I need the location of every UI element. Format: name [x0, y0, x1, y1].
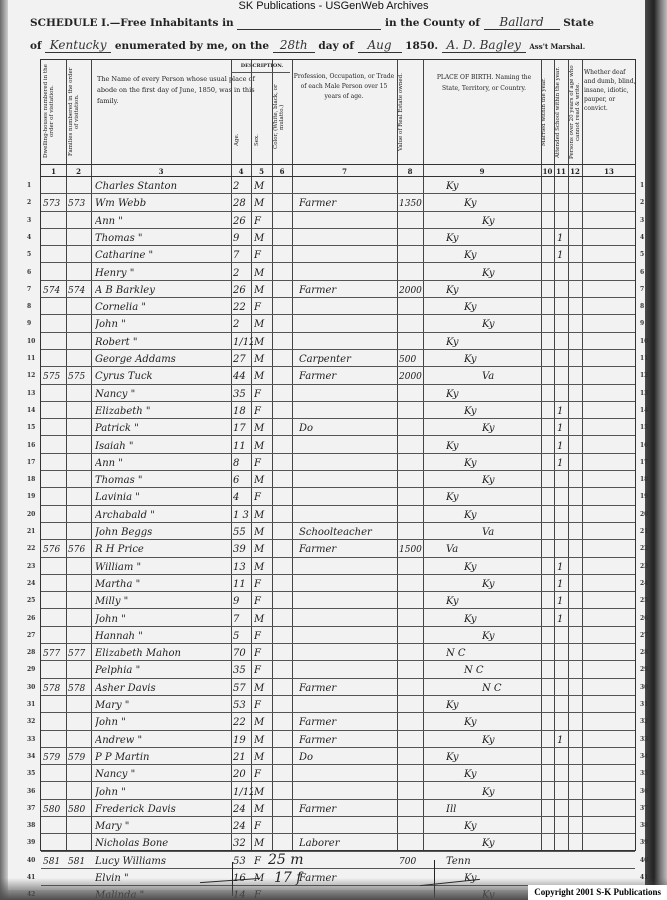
- year-label: 1850.: [405, 40, 438, 52]
- dwelling-number: [43, 212, 67, 229]
- line-number: 17: [27, 459, 35, 466]
- dwelling-number: [43, 488, 67, 505]
- occupation: Do: [299, 748, 399, 765]
- family-number: [68, 454, 92, 471]
- sex: M: [254, 506, 272, 523]
- person-name: William ": [95, 558, 235, 575]
- column-number: 8: [397, 167, 423, 176]
- line-number-right: 33: [640, 736, 648, 743]
- real-estate-value: [399, 488, 425, 505]
- person-name: Cyrus Tuck: [95, 367, 235, 384]
- line-number-right: 40: [640, 857, 648, 864]
- census-row: Isaiah "11MKy1: [41, 437, 635, 454]
- age: 17: [233, 419, 253, 436]
- real-estate-value: [399, 592, 425, 609]
- real-estate-value: [399, 713, 425, 730]
- occupation: [299, 661, 399, 678]
- marshal-value: A. D. Bagley: [442, 38, 526, 53]
- dwelling-number: [43, 419, 67, 436]
- real-estate-value: 1500: [399, 540, 425, 557]
- occupation: Farmer: [299, 281, 399, 298]
- school-mark: [557, 713, 569, 730]
- dwelling-number: [43, 558, 67, 575]
- line-number-right: 22: [640, 545, 648, 552]
- line-number: 2: [27, 199, 31, 206]
- column-number: 12: [568, 167, 582, 176]
- line-number-right: 31: [640, 701, 648, 708]
- line-number: 8: [27, 303, 31, 310]
- school-mark: 1: [557, 246, 569, 263]
- census-row: Andrew "19MFarmerKy1: [41, 731, 635, 748]
- family-number: [68, 419, 92, 436]
- family-number: [68, 298, 92, 315]
- real-estate-value: [399, 834, 425, 851]
- census-row: Hannah "5FKy: [41, 627, 635, 644]
- census-row: Catharine "7FKy1: [41, 246, 635, 263]
- school-mark: [557, 696, 569, 713]
- real-estate-value: [399, 315, 425, 332]
- sex: F: [254, 212, 272, 229]
- col-married-header: Married within the year.: [541, 64, 553, 160]
- line-number: 40: [27, 857, 35, 864]
- birthplace: Va: [446, 367, 572, 384]
- copyright-notice: Copyright 2001 S-K Publications: [528, 885, 667, 900]
- occupation: [299, 246, 399, 263]
- birthplace: Ky: [446, 350, 554, 367]
- census-row: John "2MKy: [41, 315, 635, 332]
- census-row: Martha "11FKy1: [41, 575, 635, 592]
- census-row: Ann "26FKy: [41, 212, 635, 229]
- school-mark: [557, 834, 569, 851]
- col-birthplace-header: PLACE OF BIRTH. Naming the State, Territ…: [431, 72, 537, 120]
- dwelling-number: 578: [43, 679, 67, 696]
- real-estate-value: [399, 765, 425, 782]
- occupation: [299, 437, 399, 454]
- family-number: [68, 177, 92, 194]
- line-number: 28: [27, 649, 35, 656]
- school-mark: [557, 679, 569, 696]
- sex: M: [254, 437, 272, 454]
- census-row: John "1/12MKy: [41, 783, 635, 800]
- age: 53: [233, 852, 253, 869]
- real-estate-value: [399, 610, 425, 627]
- birthplace: Ky: [446, 471, 572, 488]
- birthplace: Ky: [446, 731, 572, 748]
- occupation: [299, 488, 399, 505]
- occupation: [299, 817, 399, 834]
- line-number: 20: [27, 511, 35, 518]
- occupation: [299, 454, 399, 471]
- school-mark: [557, 350, 569, 367]
- census-row: William "13MKy1: [41, 558, 635, 575]
- census-row: 577577Elizabeth Mahon70FN C: [41, 644, 635, 661]
- school-mark: [557, 264, 569, 281]
- person-name: R H Price: [95, 540, 235, 557]
- school-mark: [557, 540, 569, 557]
- real-estate-value: [399, 523, 425, 540]
- age: 11: [233, 575, 253, 592]
- birthplace: Va: [446, 523, 572, 540]
- birthplace: Ky: [446, 713, 554, 730]
- birthplace: Ky: [446, 419, 572, 436]
- birthplace: Ky: [446, 437, 536, 454]
- real-estate-value: [399, 661, 425, 678]
- line-number: 11: [27, 355, 35, 362]
- age: 24: [233, 800, 253, 817]
- age: 70: [233, 644, 253, 661]
- person-name: Asher Davis: [95, 679, 235, 696]
- real-estate-value: [399, 731, 425, 748]
- sex: M: [254, 834, 272, 851]
- sex: M: [254, 540, 272, 557]
- dwelling-number: 577: [43, 644, 67, 661]
- census-row: Elizabeth "18FKy1: [41, 402, 635, 419]
- sex: F: [254, 488, 272, 505]
- line-number: 3: [27, 217, 31, 224]
- family-number: 574: [68, 281, 92, 298]
- state-label: State: [563, 17, 594, 29]
- sex: M: [254, 783, 272, 800]
- line-number: 35: [27, 770, 35, 777]
- family-number: 575: [68, 367, 92, 384]
- marshal-label: Ass't Marshal.: [529, 42, 585, 51]
- real-estate-value: 700: [399, 852, 425, 869]
- age: 19: [233, 731, 253, 748]
- line-number: 9: [27, 320, 31, 327]
- line-number: 13: [27, 390, 35, 397]
- age: 2: [233, 264, 253, 281]
- census-row: George Addams27MCarpenter500Ky: [41, 350, 635, 367]
- day-value: 28th: [273, 38, 315, 53]
- birthplace: Ky: [446, 246, 554, 263]
- watermark: SK Publications - USGenWeb Archives: [0, 0, 667, 12]
- school-mark: 1: [557, 454, 569, 471]
- age: 9: [233, 592, 253, 609]
- sex: M: [254, 610, 272, 627]
- school-mark: [557, 800, 569, 817]
- sex: M: [254, 194, 272, 211]
- birthplace: Tenn: [446, 852, 536, 869]
- line-number: 1: [27, 182, 31, 189]
- line-number-right: 3: [640, 217, 644, 224]
- occupation: [299, 575, 399, 592]
- school-mark: [557, 783, 569, 800]
- real-estate-value: [399, 696, 425, 713]
- birthplace: Ky: [446, 315, 572, 332]
- line-number: 23: [27, 563, 35, 570]
- age: 20: [233, 765, 253, 782]
- sex: F: [254, 644, 272, 661]
- line-number-right: 15: [640, 424, 648, 431]
- real-estate-value: [399, 246, 425, 263]
- line-number: 22: [27, 545, 35, 552]
- state-value: Kentucky: [45, 38, 111, 53]
- family-number: [68, 229, 92, 246]
- family-number: 577: [68, 644, 92, 661]
- school-mark: [557, 177, 569, 194]
- person-name: Nancy ": [95, 765, 235, 782]
- dwelling-number: [43, 454, 67, 471]
- school-mark: 1: [557, 575, 569, 592]
- line-number: 37: [27, 805, 35, 812]
- family-number: [68, 212, 92, 229]
- age: 18: [233, 402, 253, 419]
- occupation: [299, 264, 399, 281]
- birthplace: Ky: [446, 385, 536, 402]
- family-number: [68, 592, 92, 609]
- age: 9: [233, 229, 253, 246]
- enumerated-label: enumerated by me, on the: [115, 40, 269, 52]
- dwelling-number: [43, 627, 67, 644]
- line-number-right: 26: [640, 615, 648, 622]
- birthplace: Ky: [446, 558, 554, 575]
- col-occupation-header: Profession, Occupation, or Trade of each…: [293, 72, 395, 112]
- line-number: 32: [27, 718, 35, 725]
- line-number: 36: [27, 788, 35, 795]
- census-row: Ann "8FKy1: [41, 454, 635, 471]
- family-number: 573: [68, 194, 92, 211]
- line-number: 18: [27, 476, 35, 483]
- line-number-right: 30: [640, 684, 648, 691]
- line-number: 24: [27, 580, 35, 587]
- occupation: Farmer: [299, 713, 399, 730]
- school-mark: [557, 212, 569, 229]
- line-number-right: 39: [640, 839, 648, 846]
- dwelling-number: [43, 592, 67, 609]
- line-number: 6: [27, 269, 31, 276]
- line-number-right: 23: [640, 563, 648, 570]
- birthplace: Ky: [446, 264, 572, 281]
- column-number: 5: [251, 167, 272, 176]
- person-name: Archabald ": [95, 506, 235, 523]
- real-estate-value: [399, 385, 425, 402]
- school-mark: [557, 281, 569, 298]
- line-number-right: 1: [640, 182, 644, 189]
- line-number-right: 4: [640, 234, 644, 241]
- age: 2: [233, 177, 253, 194]
- school-mark: [557, 367, 569, 384]
- dwelling-number: [43, 471, 67, 488]
- person-name: John ": [95, 713, 235, 730]
- line-number-right: 18: [640, 476, 648, 483]
- line-number-right: 25: [640, 597, 648, 604]
- description-rule: [231, 72, 290, 73]
- line-number: 38: [27, 822, 35, 829]
- real-estate-value: 2000: [399, 367, 425, 384]
- census-row: Mary "53FKy: [41, 696, 635, 713]
- real-estate-value: [399, 817, 425, 834]
- occupation: [299, 385, 399, 402]
- sex: M: [254, 419, 272, 436]
- age: 1/12: [233, 333, 253, 350]
- real-estate-value: [399, 229, 425, 246]
- line-number-right: 16: [640, 442, 648, 449]
- occupation: [299, 333, 399, 350]
- line-number-right: 36: [640, 788, 648, 795]
- column-number: 10: [541, 167, 554, 176]
- person-name: Mary ": [95, 696, 235, 713]
- line-number: 26: [27, 615, 35, 622]
- line-number: 14: [27, 407, 35, 414]
- census-row: 579579P P Martin21MDoKy: [41, 748, 635, 765]
- birthplace: Ky: [446, 696, 536, 713]
- person-name: Nicholas Bone: [95, 834, 235, 851]
- age: 6: [233, 471, 253, 488]
- line-number-right: 8: [640, 303, 644, 310]
- family-number: [68, 817, 92, 834]
- person-name: John ": [95, 783, 235, 800]
- census-row: 581581Lucy Williams53F700Tenn: [41, 852, 635, 869]
- real-estate-value: [399, 402, 425, 419]
- sex: M: [254, 523, 272, 540]
- census-row: Henry "2MKy: [41, 264, 635, 281]
- school-mark: [557, 852, 569, 869]
- family-number: [68, 385, 92, 402]
- occupation: [299, 471, 399, 488]
- dwelling-number: 579: [43, 748, 67, 765]
- occupation: [299, 298, 399, 315]
- occupation: Farmer: [299, 800, 399, 817]
- dwelling-number: [43, 402, 67, 419]
- sex: F: [254, 817, 272, 834]
- line-number-right: 12: [640, 372, 648, 379]
- family-number: [68, 783, 92, 800]
- county-value: Ballard: [484, 15, 560, 30]
- family-number: [68, 575, 92, 592]
- school-mark: [557, 298, 569, 315]
- line-number: 7: [27, 286, 31, 293]
- dwelling-number: [43, 264, 67, 281]
- family-number: [68, 488, 92, 505]
- occupation: Carpenter: [299, 350, 399, 367]
- family-number: [68, 558, 92, 575]
- family-number: [68, 471, 92, 488]
- school-mark: 1: [557, 229, 569, 246]
- page-right-edge: [645, 0, 667, 900]
- dwelling-number: [43, 177, 67, 194]
- person-name: Mary ": [95, 817, 235, 834]
- person-name: George Addams: [95, 350, 235, 367]
- person-name: Pelphia ": [95, 661, 235, 678]
- birthplace: N C: [446, 644, 536, 661]
- person-name: Charles Stanton: [95, 177, 235, 194]
- col-school-header: Attended School within the year.: [555, 64, 567, 160]
- birthplace: Ky: [446, 177, 536, 194]
- real-estate-value: [399, 575, 425, 592]
- description-header: DESCRIPTION.: [233, 62, 291, 72]
- dwelling-number: [43, 575, 67, 592]
- census-table: Dwelling-houses numbered in the order of…: [40, 59, 636, 851]
- line-number-right: 38: [640, 822, 648, 829]
- occupation: [299, 644, 399, 661]
- birthplace: Ky: [446, 212, 572, 229]
- header-rule: [41, 164, 635, 165]
- real-estate-value: [399, 644, 425, 661]
- col-age-header: Age.: [234, 120, 250, 160]
- census-row: 573573Wm Webb28MFarmer1350Ky: [41, 194, 635, 211]
- sex: M: [254, 281, 272, 298]
- sex: M: [254, 264, 272, 281]
- census-row: Mary "24FKy: [41, 817, 635, 834]
- age: 1/12: [233, 783, 253, 800]
- col-sex-header: Sex.: [254, 120, 270, 160]
- line-number-right: 7: [640, 286, 644, 293]
- sex: F: [254, 627, 272, 644]
- township-field: [237, 15, 381, 30]
- occupation: [299, 592, 399, 609]
- person-name: Frederick Davis: [95, 800, 235, 817]
- sex: F: [254, 575, 272, 592]
- school-mark: 1: [557, 419, 569, 436]
- school-mark: 1: [557, 402, 569, 419]
- real-estate-value: [399, 212, 425, 229]
- birthplace: Ky: [446, 229, 536, 246]
- school-mark: [557, 194, 569, 211]
- school-mark: 1: [557, 558, 569, 575]
- age: 28: [233, 194, 253, 211]
- census-row: John Beggs55MSchoolteacherVa: [41, 523, 635, 540]
- col-family-header: Families numbered in the order of visita…: [68, 64, 88, 159]
- dwelling-number: [43, 350, 67, 367]
- person-name: Milly ": [95, 592, 235, 609]
- age: 26: [233, 281, 253, 298]
- birthplace: N C: [446, 661, 554, 678]
- sex: M: [254, 471, 272, 488]
- line-number: 5: [27, 251, 31, 258]
- line-number-right: 13: [640, 390, 648, 397]
- dwelling-number: 573: [43, 194, 67, 211]
- line-number: 15: [27, 424, 35, 431]
- sex: F: [254, 385, 272, 402]
- school-mark: [557, 817, 569, 834]
- school-mark: 1: [557, 731, 569, 748]
- dwelling-number: [43, 765, 67, 782]
- sex: F: [254, 402, 272, 419]
- occupation: [299, 627, 399, 644]
- person-name: Thomas ": [95, 471, 235, 488]
- line-number: 12: [27, 372, 35, 379]
- school-mark: [557, 748, 569, 765]
- col-illiterate-header: Persons over 20 years of age who cannot …: [569, 64, 581, 160]
- line-number-right: 20: [640, 511, 648, 518]
- sex: M: [254, 679, 272, 696]
- family-number: 581: [68, 852, 92, 869]
- real-estate-value: 1350: [399, 194, 425, 211]
- age: 1 3: [233, 506, 253, 523]
- age: 35: [233, 385, 253, 402]
- line-number: 39: [27, 839, 35, 846]
- sex: F: [254, 246, 272, 263]
- occupation: [299, 852, 399, 869]
- sex: M: [254, 367, 272, 384]
- person-name: Cornelia ": [95, 298, 235, 315]
- occupation: [299, 765, 399, 782]
- dwelling-number: [43, 385, 67, 402]
- dwelling-number: [43, 610, 67, 627]
- birthplace: Ky: [446, 488, 536, 505]
- real-estate-value: [399, 558, 425, 575]
- school-mark: [557, 315, 569, 332]
- real-estate-value: [399, 506, 425, 523]
- person-name: Lucy Williams: [95, 852, 235, 869]
- real-estate-value: [399, 298, 425, 315]
- occupation: [299, 402, 399, 419]
- census-row: 576576R H Price39MFarmer1500Va: [41, 540, 635, 557]
- sex: M: [254, 713, 272, 730]
- sex: M: [254, 229, 272, 246]
- school-mark: 1: [557, 437, 569, 454]
- birthplace: Ky: [446, 454, 554, 471]
